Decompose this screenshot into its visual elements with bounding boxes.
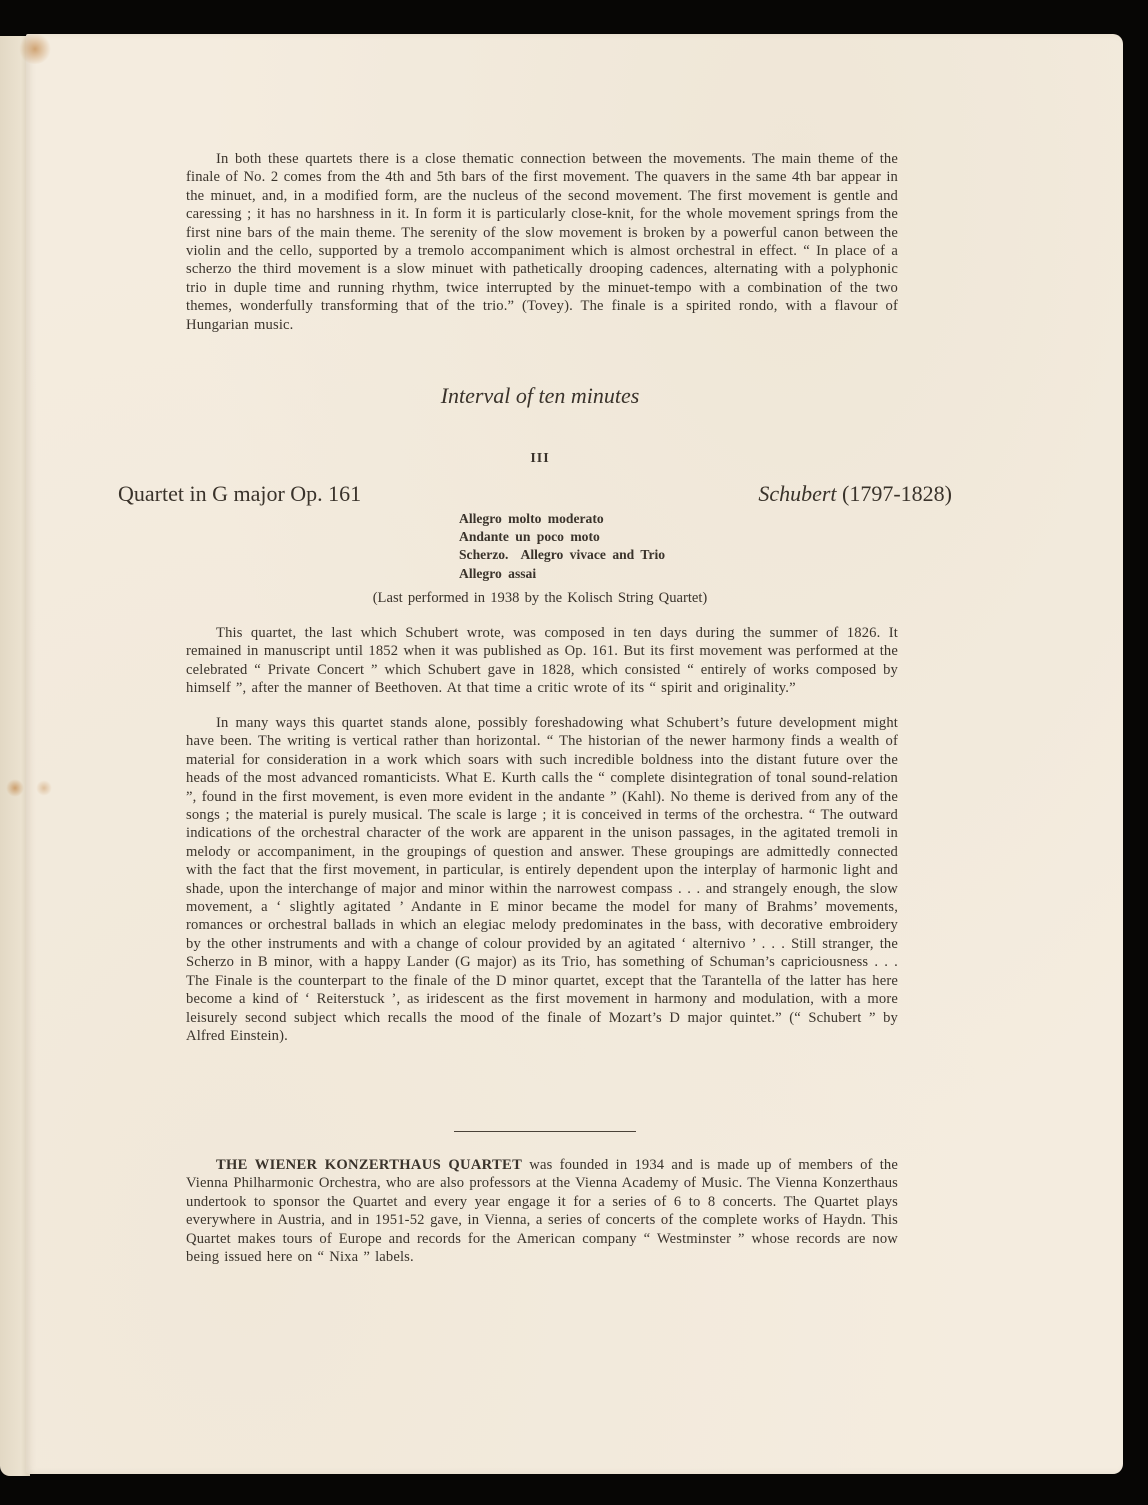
section-number: III (0, 451, 1080, 467)
intro-paragraph: In both these quartets there is a close … (186, 150, 898, 334)
program-note-paragraph: This quartet, the last which Schubert wr… (186, 624, 898, 698)
movement-item: Allegro assai (459, 565, 665, 583)
interval-heading: Interval of ten minutes (0, 383, 1080, 409)
composer-dates: (1797-1828) (842, 481, 952, 506)
movement-item: Andante un poco moto (459, 528, 665, 546)
last-performed-note: (Last performed in 1938 by the Kolisch S… (0, 590, 1080, 607)
page-content: In both these quartets there is a close … (0, 0, 1148, 1505)
ensemble-biography: THE WIENER KONZERTHAUS QUARTET was found… (186, 1156, 898, 1266)
movement-item: Scherzo. Allegro vivace and Trio (459, 546, 665, 564)
scanned-document: In both these quartets there is a close … (0, 0, 1148, 1505)
composer-credit: Schubert (1797-1828) (758, 481, 952, 507)
work-title: Quartet in G major Op. 161 (118, 481, 361, 507)
movement-list: Allegro molto moderato Andante un poco m… (459, 510, 665, 583)
program-note-paragraph: In many ways this quartet stands alone, … (186, 714, 898, 1045)
ensemble-text: was founded in 1934 and is made up of me… (186, 1157, 898, 1265)
composer-name: Schubert (758, 481, 836, 506)
ensemble-name: THE WIENER KONZERTHAUS QUARTET (216, 1157, 522, 1173)
section-divider (454, 1131, 636, 1132)
movement-item: Allegro molto moderato (459, 510, 665, 528)
